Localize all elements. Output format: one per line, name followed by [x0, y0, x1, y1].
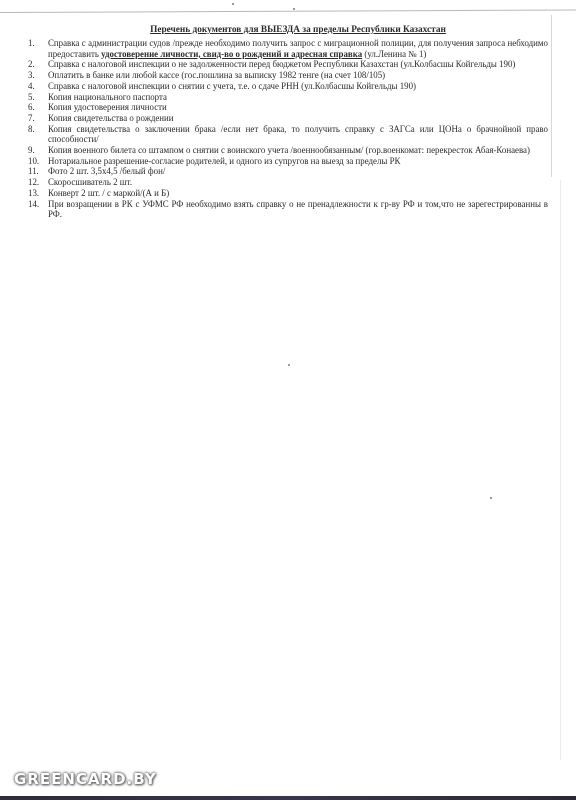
item-number: 11. — [28, 166, 44, 177]
bottom-border — [0, 796, 576, 800]
list-item: 1. Справка с администрации судов /прежде… — [28, 38, 548, 59]
item-number: 14. — [28, 199, 44, 210]
scan-speck — [293, 8, 295, 10]
item-text: Фото 2 шт. 3,5х4,5 /белый фон/ — [48, 166, 165, 176]
scan-edge-right — [551, 15, 552, 177]
list-item: 2.Справка с налоговой инспекции о не зад… — [28, 59, 548, 70]
list-item: 13.Конверт 2 шт. / с маркой/(А и Б) — [28, 188, 548, 199]
scan-speck — [490, 497, 492, 499]
item-number: 12. — [28, 177, 44, 188]
item-number: 10. — [28, 156, 44, 167]
item-number: 2. — [28, 59, 44, 70]
item-number: 5. — [28, 92, 44, 103]
list-item: 14.При возращении в РК с УФМС РФ необход… — [28, 199, 548, 220]
item-text: Копия свидетельства о рождении — [48, 113, 174, 123]
document-list: 1. Справка с администрации судов /прежде… — [28, 38, 548, 220]
item-number: 4. — [28, 81, 44, 92]
item-text-tail: (ул.Ленина № 1) — [362, 49, 426, 59]
document-page: Перечень документов для ВЫЕЗДА за предел… — [28, 25, 548, 220]
item-text: Скоросшиватель 2 шт. — [48, 177, 132, 187]
list-item: 12.Скоросшиватель 2 шт. — [28, 177, 548, 188]
list-item: 11.Фото 2 шт. 3,5х4,5 /белый фон/ — [28, 166, 548, 177]
list-item: 6.Копия удостоверения личности — [28, 102, 548, 113]
item-number: 8. — [28, 124, 44, 135]
item-text: Копия удостоверения личности — [48, 102, 167, 112]
item-text-emphasis: удостоверение личности, свид-во о рожден… — [101, 49, 362, 59]
item-number: 7. — [28, 113, 44, 124]
scan-edge-top — [0, 9, 576, 17]
list-item: 4.Справка с налоговой инспекции о снятии… — [28, 81, 548, 92]
scan-speck — [288, 364, 290, 366]
item-text: Копия национального паспорта — [48, 92, 167, 102]
item-text: Копия военного билета со штампом о сняти… — [48, 145, 530, 155]
list-item: 9.Копия военного билета со штампом о сня… — [28, 145, 548, 156]
item-number: 3. — [28, 70, 44, 81]
item-text: Копия свидетельства о заключении брака /… — [48, 124, 548, 145]
scan-edge-right-lower — [560, 180, 561, 760]
item-text: Нотариальное разрешение-согласие родител… — [48, 156, 400, 166]
watermark-logo: GREENCARD.BY — [14, 770, 157, 788]
item-text: Справка с налоговой инспекции о снятии с… — [48, 81, 416, 91]
item-number: 6. — [28, 102, 44, 113]
list-item: 7.Копия свидетельства о рождении — [28, 113, 548, 124]
item-number: 1. — [28, 38, 44, 49]
item-number: 9. — [28, 145, 44, 156]
item-text: При возращении в РК с УФМС РФ необходимо… — [48, 199, 548, 220]
list-item: 10.Нотариальное разрешение-согласие роди… — [28, 156, 548, 167]
item-text: Оплатить в банке или любой кассе (гос.по… — [48, 70, 385, 80]
document-title: Перечень документов для ВЫЕЗДА за предел… — [28, 25, 548, 36]
list-item: 8.Копия свидетельства о заключении брака… — [28, 124, 548, 145]
item-number: 13. — [28, 188, 44, 199]
scan-speck — [232, 3, 234, 5]
list-item: 3.Оплатить в банке или любой кассе (гос.… — [28, 70, 548, 81]
item-text: Справка с налоговой инспекции о не задол… — [48, 59, 515, 69]
item-text: Конверт 2 шт. / с маркой/(А и Б) — [48, 188, 169, 198]
list-item: 5.Копия национального паспорта — [28, 92, 548, 103]
